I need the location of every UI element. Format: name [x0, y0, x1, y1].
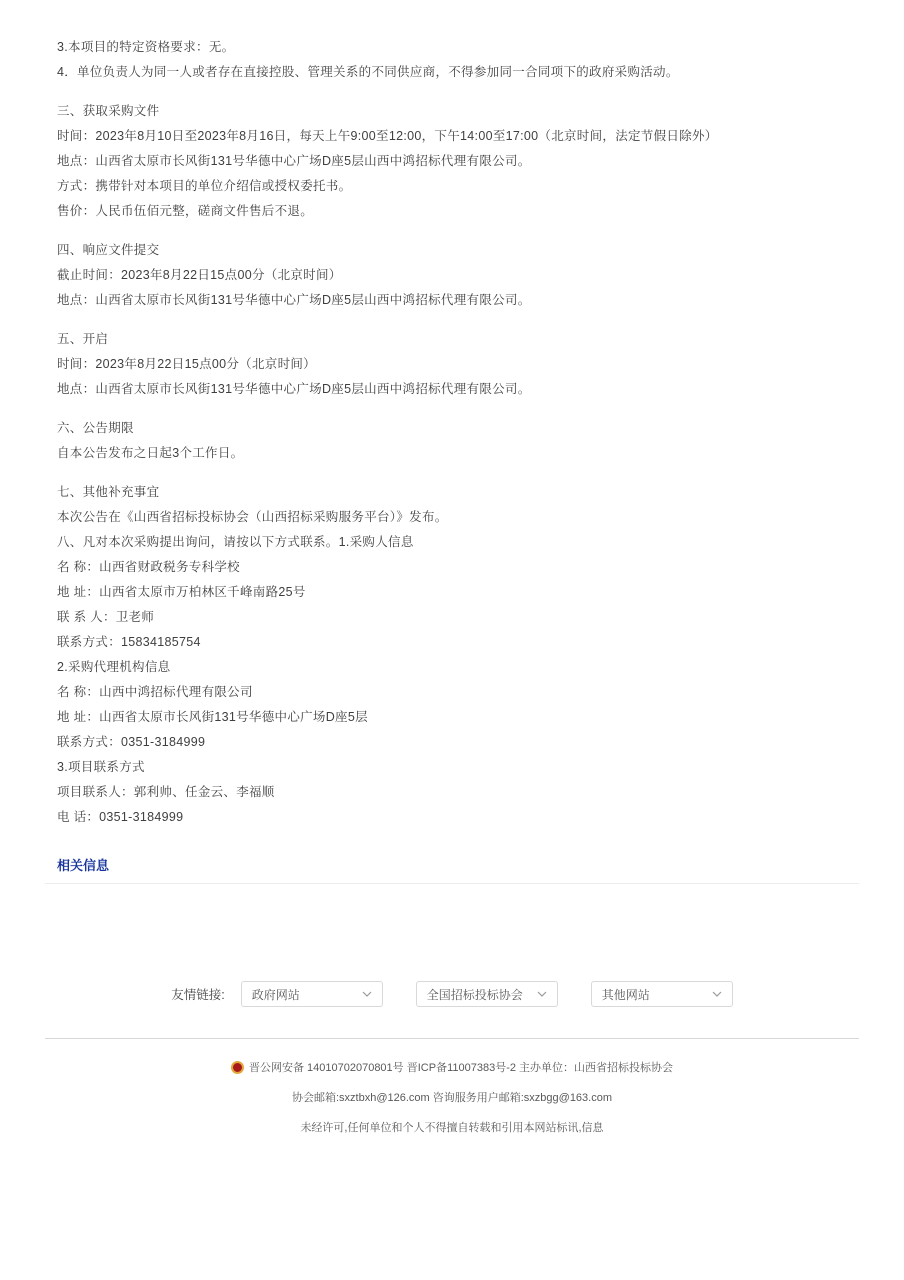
gov-websites-select[interactable]: 政府网站	[241, 981, 383, 1007]
page-footer: 晋公网安备 14010702070801号 晋ICP备11007383号-2 主…	[0, 1061, 904, 1135]
other-websites-select[interactable]: 其他网站	[591, 981, 733, 1007]
agency-address-line: 地 址：山西省太原市长风街131号华德中心广场D座5层	[57, 710, 847, 725]
document-line: 3.项目联系方式	[57, 760, 847, 775]
friend-links-bar: 友情链接: 政府网站 全国招标投标协会 其他网站	[0, 981, 904, 1007]
project-contacts-line: 项目联系人：郭利帅、任金云、李福顺	[57, 785, 847, 800]
beian-line: 晋公网安备 14010702070801号 晋ICP备11007383号-2 主…	[0, 1061, 904, 1075]
document-line: 八、凡对本次采购提出询问，请按以下方式联系。1.采购人信息	[57, 535, 847, 550]
chevron-down-icon	[712, 991, 722, 997]
document-line: 时间：2023年8月22日15点00分（北京时间）	[57, 357, 847, 372]
footer-divider	[45, 1038, 859, 1039]
section-heading-other-matters: 七、其他补充事宜	[57, 485, 847, 500]
friend-links-label: 友情链接:	[171, 985, 224, 1003]
contact-emails-line: 协会邮箱:sxztbxh@126.com 咨询服务用户邮箱:sxzbgg@163…	[0, 1092, 904, 1105]
related-info-link[interactable]: 相关信息	[57, 855, 109, 874]
document-line: 方式：携带针对本项目的单位介绍信或授权委托书。	[57, 179, 847, 194]
announcement-body: 3.本项目的特定资格要求：无。 4．单位负责人为同一人或者存在直接控股、管理关系…	[0, 0, 904, 825]
agency-phone-line: 联系方式：0351-3184999	[57, 735, 847, 750]
select-value: 其他网站	[602, 986, 650, 1003]
document-line: 地点：山西省太原市长风街131号华德中心广场D座5层山西中鸿招标代理有限公司。	[57, 382, 847, 397]
select-value: 政府网站	[252, 986, 300, 1003]
national-bidding-associations-select[interactable]: 全国招标投标协会	[416, 981, 558, 1007]
section-heading-opening: 五、开启	[57, 332, 847, 347]
beian-text: 晋公网安备 14010702070801号 晋ICP备11007383号-2 主…	[249, 1062, 673, 1074]
purchaser-phone-line: 联系方式：15834185754	[57, 635, 847, 650]
section-heading-notice-period: 六、公告期限	[57, 421, 847, 436]
document-line: 3.本项目的特定资格要求：无。	[57, 40, 847, 55]
chevron-down-icon	[362, 991, 372, 997]
document-line: 地点：山西省太原市长风街131号华德中心广场D座5层山西中鸿招标代理有限公司。	[57, 154, 847, 169]
document-line: 自本公告发布之日起3个工作日。	[57, 446, 847, 461]
document-line: 时间：2023年8月10日至2023年8月16日，每天上午9:00至12:00，…	[57, 129, 847, 144]
project-phone-line: 电 话：0351-3184999	[57, 810, 847, 825]
purchaser-address-line: 地 址：山西省太原市万柏林区千峰南路25号	[57, 585, 847, 600]
document-line: 售价：人民币伍佰元整，磋商文件售后不退。	[57, 204, 847, 219]
document-line: 截止时间：2023年8月22日15点00分（北京时间）	[57, 268, 847, 283]
agency-name-line: 名 称：山西中鸿招标代理有限公司	[57, 685, 847, 700]
purchaser-name-line: 名 称：山西省财政税务专科学校	[57, 560, 847, 575]
security-badge-icon	[231, 1061, 244, 1074]
document-line: 4．单位负责人为同一人或者存在直接控股、管理关系的不同供应商，不得参加同一合同项…	[57, 65, 847, 80]
related-info-section: 相关信息	[0, 855, 904, 884]
related-info-divider	[45, 883, 859, 884]
copyright-note-line: 未经许可,任何单位和个人不得擅自转载和引用本网站标讯,信息	[0, 1122, 904, 1135]
select-value: 全国招标投标协会	[427, 986, 523, 1003]
section-heading-submission: 四、响应文件提交	[57, 243, 847, 258]
purchaser-contact-line: 联 系 人：卫老师	[57, 610, 847, 625]
section-heading-get-documents: 三、获取采购文件	[57, 104, 847, 119]
document-line: 2.采购代理机构信息	[57, 660, 847, 675]
document-line: 本次公告在《山西省招标投标协会（山西招标采购服务平台）》发布。	[57, 510, 847, 525]
document-line: 地点：山西省太原市长风街131号华德中心广场D座5层山西中鸿招标代理有限公司。	[57, 293, 847, 308]
chevron-down-icon	[537, 991, 547, 997]
